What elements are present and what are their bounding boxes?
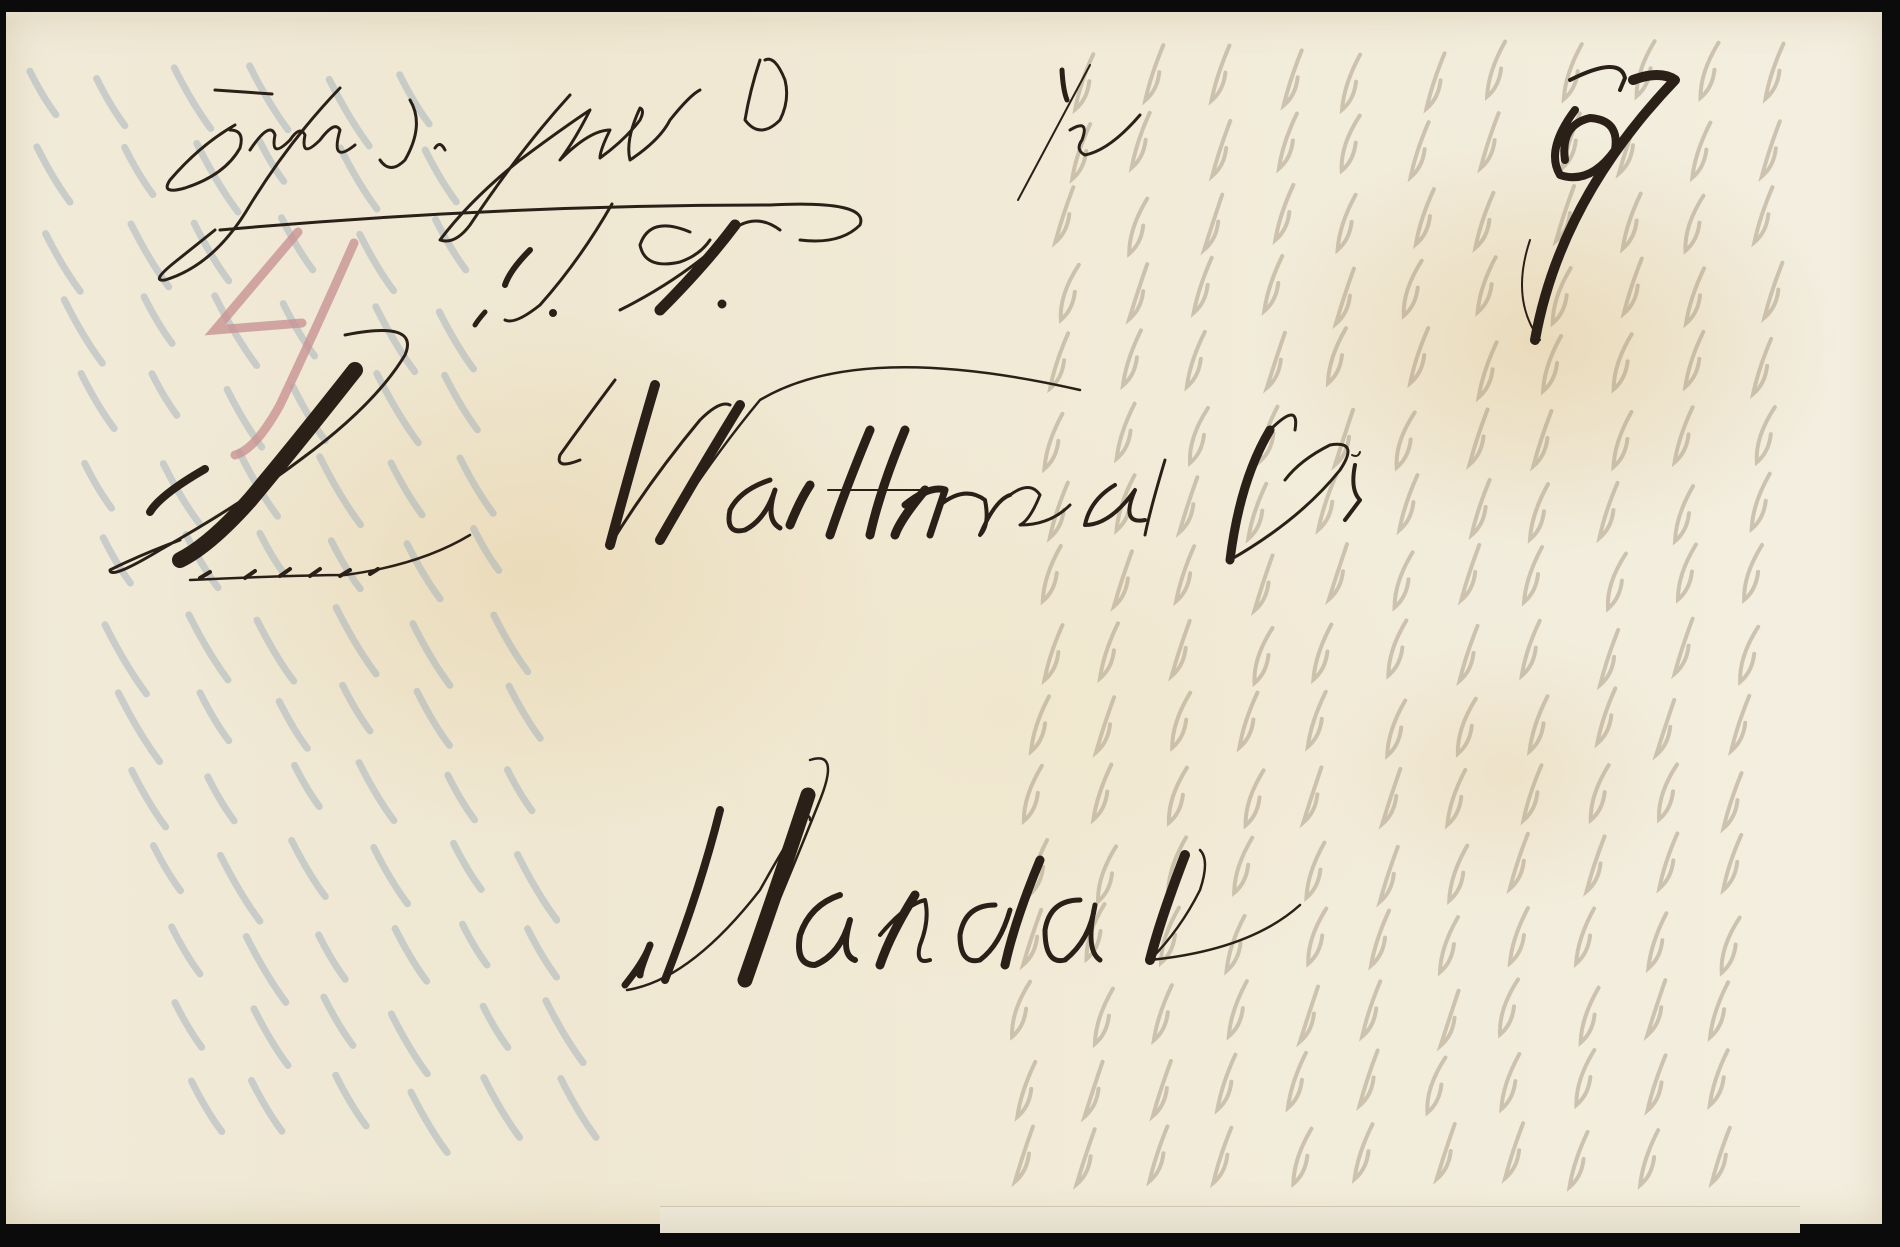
red-crayon-mark xyxy=(215,232,354,455)
routing-note-script xyxy=(159,59,861,280)
weight-mark-script xyxy=(1018,65,1140,200)
route-initials-script xyxy=(475,204,780,325)
handwriting-layer xyxy=(0,0,1900,1247)
destination-script xyxy=(625,758,1300,990)
addressee-prefix-script xyxy=(110,331,470,581)
rate-mark-script xyxy=(1522,67,1675,340)
addressee-script xyxy=(559,367,1360,560)
